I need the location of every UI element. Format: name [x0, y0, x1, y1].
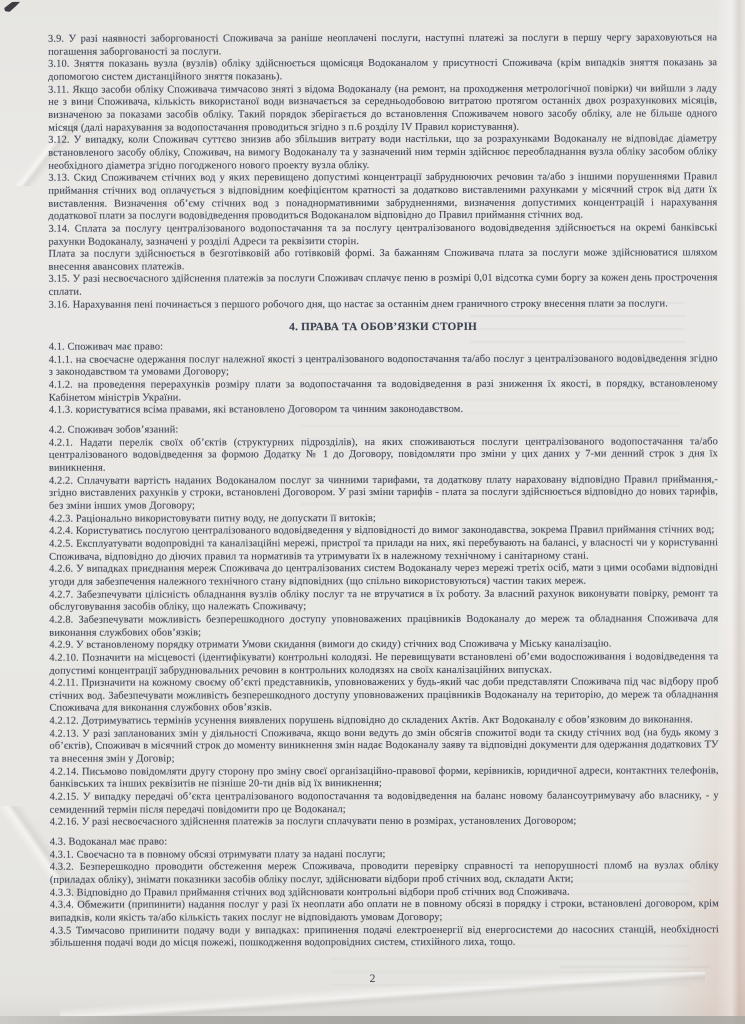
clause-4-3-4: 4.3.4. Обмежити (припинити) надання посл…	[50, 899, 719, 926]
clause-3-14: 3.14. Сплата за послугу централізованого…	[48, 222, 717, 249]
clause-3-10: 3.10. Зняття показань вузла (вузлів) обл…	[48, 58, 717, 85]
clause-4-2-7: 4.2.7. Забезпечувати цілісність обладнан…	[49, 588, 718, 615]
clause-4-2-8: 4.2.8. Забезпечувати можливість безпереш…	[49, 613, 718, 640]
clause-4-2-14: 4.2.14. Письмово повідомляти другу сторо…	[50, 765, 719, 792]
clause-4-1-2: 4.1.2. на проведення перерахунків розмір…	[49, 378, 718, 405]
clause-4-2-1: 4.2.1. Надати перелік своїх об’єктів (ст…	[49, 436, 718, 475]
clause-4-2-13: 4.2.13. У разі запланованих змін у діяль…	[49, 727, 718, 766]
clause-3-9: 3.9. У разі наявності заборгованості Спо…	[48, 32, 717, 59]
clause-3-13: 3.13. Скид Споживачем стічних вод у яких…	[48, 172, 717, 224]
clause-3-12: 3.12. У випадку, коли Споживач суттєво з…	[48, 134, 717, 173]
pen-corner-mark	[3, 0, 22, 13]
section-heading: 4. ПРАВА ТА ОБОВ’ЯЗКИ СТОРІН	[49, 321, 718, 335]
clause-3-11: 3.11. Якщо засоби обліку Споживача тимча…	[48, 83, 717, 135]
clause-4-2-6: 4.2.6. У випадках приєднання мереж Спожи…	[49, 563, 718, 590]
clause-3-15: 3.15. У разі несвоєчасного здійснення пл…	[49, 273, 718, 300]
scanned-contract-page: 3.9. У разі наявності заборгованості Спо…	[0, 0, 745, 1024]
clause-4-2-2: 4.2.2. Сплачувати вартість наданих Водок…	[49, 474, 718, 513]
clause-4-1-1: 4.1.1. на своєчасне одержання послуг нал…	[49, 353, 718, 380]
clause-4-2-12: 4.2.12. Дотримуватись термінів усунення …	[49, 714, 718, 728]
clause-4-2-5: 4.2.5. Експлуатувати водопровідні та кан…	[49, 537, 718, 564]
clause-4-2-16: 4.2.16. У разі несвоєчасного здійснення …	[50, 816, 719, 830]
clause-4-3-2: 4.3.2. Безперешкодно проводити обстеженн…	[50, 861, 719, 888]
clause-4-3-5: 4.3.5 Тимчасово припинити подачу води у …	[50, 924, 719, 951]
clause-4-1-3: 4.1.3. користуватися всіма правами, які …	[49, 404, 718, 418]
contract-text-body: 3.9. У разі наявності заборгованості Спо…	[48, 32, 719, 950]
clause-4-2-10: 4.2.10. Позначити на місцевості (ідентиф…	[49, 651, 718, 678]
page-number: 2	[0, 973, 745, 985]
clause-3-16: 3.16. Нарахування пені починається з пер…	[49, 298, 718, 312]
paper-edge-tint	[715, 0, 745, 1024]
clause-4-2-11: 4.2.11. Призначити на кожному своєму об’…	[49, 676, 718, 715]
scanner-edge-shadow	[0, 1016, 745, 1024]
clause-3-14-note: Плата за послуги здійснюється в безготів…	[48, 247, 717, 274]
clause-4-2-15: 4.2.15. У випадку передачі об’єкта центр…	[50, 790, 719, 817]
